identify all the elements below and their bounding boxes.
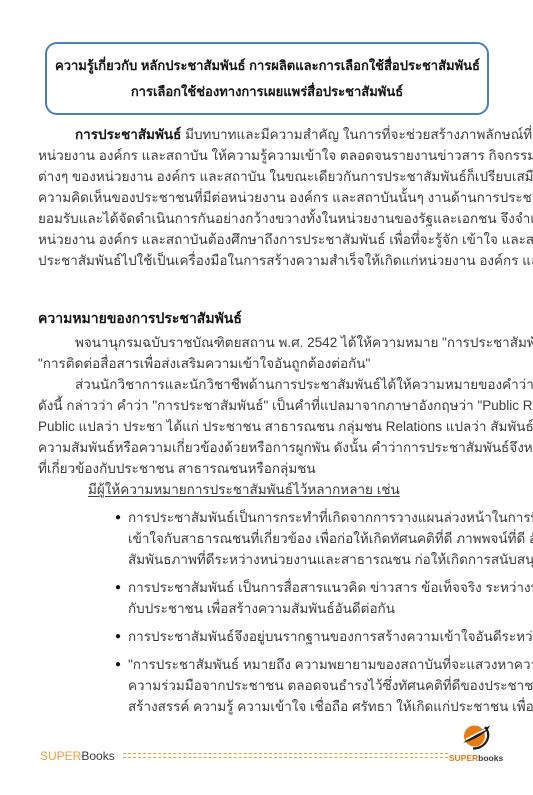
list-intro: มีผู้ให้ความหมายการประชาสัมพันธ์ไว้หลากห… — [38, 479, 500, 500]
list-item: ● การประชาสัมพันธ์จึงอยู่บนรากฐานของการส… — [115, 626, 500, 647]
footer-brand-super: SUPER — [40, 749, 81, 763]
intro-line: ต่างๆ ของหน่วยงาน องค์กร และสถาบัน ในขณะ… — [38, 166, 500, 187]
academic-line: ที่เกี่ยวข้องกับประชาชน สาธารณชนหรือกลุ่… — [38, 458, 500, 479]
intro-line: หน่วยงาน องค์กร และสถาบัน ให้ความรู้ความ… — [38, 145, 500, 166]
logo-text-books: books — [478, 753, 503, 763]
title-box: ความรู้เกี่ยวกับ หลักประชาสัมพันธ์ การผล… — [45, 42, 489, 115]
bullet-line: กับประชาชน เพื่อสร้างความสัมพันธ์อันดีต่… — [128, 598, 533, 619]
section-heading: ความหมายของการประชาสัมพันธ์ — [38, 308, 500, 329]
bullet-line: การประชาสัมพันธ์เป็นการกระทำที่เกิดจากกา… — [128, 507, 533, 528]
list-item: ● "การประชาสัมพันธ์ หมายถึง ความพยายามขอ… — [115, 654, 500, 717]
bullet-line: ความร่วมมือจากประชาชน ตลอดจนธำรงไว้ซึ่งท… — [128, 675, 533, 696]
bullet-line: "การประชาสัมพันธ์ หมายถึง ความพยายามของส… — [128, 654, 533, 675]
bullet-icon: ● — [115, 577, 128, 598]
logo-text-super: SUPER — [449, 753, 478, 763]
definition-bullet-list: ● การประชาสัมพันธ์เป็นการกระทำที่เกิดจาก… — [38, 507, 500, 717]
document-title-line2: การเลือกใช้ช่องทางการเผยแพร่สื่อประชาสัม… — [55, 79, 479, 105]
bullet-icon: ● — [115, 507, 128, 528]
document-title-line1: ความรู้เกี่ยวกับ หลักประชาสัมพันธ์ การผล… — [55, 53, 479, 79]
intro-lead-term: การประชาสัมพันธ์ — [75, 127, 181, 142]
bullet-line: การประชาสัมพันธ์จึงอยู่บนรากฐานของการสร้… — [128, 626, 533, 647]
academic-paragraph: ส่วนนักวิชาการและนักวิชาชีพด้านการประชาส… — [38, 374, 500, 479]
bullet-icon: ● — [115, 626, 128, 647]
bullet-line: เข้าใจกับสาธารณชนที่เกี่ยวข้อง เพื่อก่อใ… — [128, 528, 533, 549]
intro-paragraph: การประชาสัมพันธ์ มีบทบาทและมีความสำคัญ ใ… — [38, 124, 500, 271]
list-item: ● การประชาสัมพันธ์ เป็นการสื่อสารแนวคิด … — [115, 577, 500, 619]
footer-brand-books: Books — [81, 749, 114, 763]
document-page: ความรู้เกี่ยวกับ หลักประชาสัมพันธ์ การผล… — [0, 0, 533, 795]
intro-line: หน่วยงาน องค์กร และสถาบันต้องศึกษาถึงการ… — [38, 229, 500, 250]
definition-line: "การติดต่อสื่อสารเพื่อส่งเสริมความเข้าใจ… — [38, 353, 500, 374]
list-item-text: การประชาสัมพันธ์จึงอยู่บนรากฐานของการสร้… — [128, 626, 533, 647]
academic-line: ความสัมพันธ์หรือความเกี่ยวข้องด้วยหรือกา… — [38, 437, 500, 458]
superbooks-logo: SUPERbooks — [452, 723, 500, 763]
list-item-text: การประชาสัมพันธ์เป็นการกระทำที่เกิดจากกา… — [128, 507, 533, 570]
superbooks-logo-text: SUPERbooks — [449, 753, 503, 763]
academic-line: ดังนี้ กล่าวว่า คำว่า "การประชาสัมพันธ์"… — [38, 395, 500, 416]
bullet-line: สัมพันธภาพที่ดีระหว่างหน่วยงานและสาธารณช… — [128, 549, 533, 570]
document-body: การประชาสัมพันธ์ มีบทบาทและมีความสำคัญ ใ… — [38, 124, 500, 717]
list-item: ● การประชาสัมพันธ์เป็นการกระทำที่เกิดจาก… — [115, 507, 500, 570]
list-item-text: การประชาสัมพันธ์ เป็นการสื่อสารแนวคิด ข่… — [128, 577, 533, 619]
superbooks-logo-icon — [460, 723, 492, 753]
footer-dashed-divider — [123, 753, 448, 758]
bullet-line: สร้างสรรค์ ความรู้ ความเข้าใจ เชื่อถือ ศ… — [128, 696, 533, 717]
intro-line: ความคิดเห็นของประชาชนที่มีต่อหน่วยงาน อง… — [38, 187, 500, 208]
definition-line: พจนานุกรมฉบับราชบัณฑิตยสถาน พ.ศ. 2542 ได… — [38, 332, 500, 353]
intro-line: ประชาสัมพันธ์ไปใช้เป็นเครื่องมือในการสร้… — [38, 250, 500, 271]
academic-line: Public แปลว่า ประชา ได้แก่ ประชาชน สาธาร… — [38, 416, 500, 437]
definition-paragraph: พจนานุกรมฉบับราชบัณฑิตยสถาน พ.ศ. 2542 ได… — [38, 332, 500, 374]
list-item-text: "การประชาสัมพันธ์ หมายถึง ความพยายามของส… — [128, 654, 533, 717]
intro-line: การประชาสัมพันธ์ มีบทบาทและมีความสำคัญ ใ… — [38, 124, 500, 145]
academic-line: ส่วนนักวิชาการและนักวิชาชีพด้านการประชาส… — [38, 374, 500, 395]
intro-line-rest: มีบทบาทและมีความสำคัญ ในการที่จะช่วยสร้า… — [181, 127, 533, 142]
intro-line: ยอมรับและได้จัดดำเนินการกันอย่างกว้างขวา… — [38, 208, 500, 229]
page-footer: SUPERBooks SUPERbooks — [40, 723, 500, 763]
bullet-line: การประชาสัมพันธ์ เป็นการสื่อสารแนวคิด ข่… — [128, 577, 533, 598]
bullet-icon: ● — [115, 654, 128, 675]
footer-brand: SUPERBooks — [40, 749, 115, 763]
